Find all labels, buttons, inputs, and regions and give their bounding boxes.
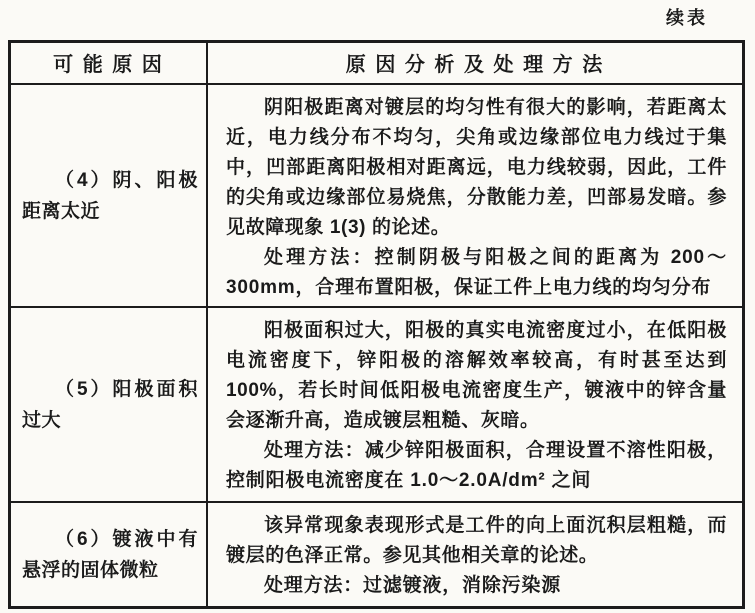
cause-cell: （5）阳极面积过大 [11, 308, 208, 501]
analysis-paragraph: 阴阳极距离对镀层的均匀性有很大的影响，若距离太近，电力线分布不均匀，尖角或边缘部… [226, 93, 727, 243]
header-cell-analysis: 原 因 分 析 及 处 理 方 法 [208, 43, 742, 83]
analysis-body: 阴阳极距离对镀层的均匀性有很大的影响，若距离太近，电力线分布不均匀，尖角或边缘部… [208, 85, 742, 306]
treatment-label: 处理方法： [264, 575, 363, 596]
treatment-paragraph: 处理方法：控制阴极与阳极之间的距离为 200～300mm，合理布置阳极，保证工件… [226, 243, 727, 303]
analysis-paragraph: 该异常现象表现形式是工件的向上面沉积层粗糙，而镀层的色泽正常。参见其他相关章的论… [226, 511, 727, 571]
analysis-cell: 阴阳极距离对镀层的均匀性有很大的影响，若距离太近，电力线分布不均匀，尖角或边缘部… [208, 85, 742, 306]
analysis-body: 阳极面积过大，阳极的真实电流密度过小，在低阳极电流密度下，锌阳极的溶解效率较高，… [208, 308, 742, 500]
table-row-cause-6: （6）镀液中有悬浮的固体微粒 该异常现象表现形式是工件的向上面沉积层粗糙，而镀层… [11, 501, 742, 606]
treatment-paragraph: 处理方法：过滤镀液，消除污染源 [226, 571, 727, 601]
cause-cell: （6）镀液中有悬浮的固体微粒 [11, 503, 208, 606]
cause-text: （5）阳极面积过大 [11, 370, 206, 440]
treatment-text: 过滤镀液，消除污染源 [363, 575, 561, 596]
cause-text: （4）阴、阳极距离太近 [11, 161, 206, 231]
analysis-cell: 阳极面积过大，阳极的真实电流密度过小，在低阳极电流密度下，锌阳极的溶解效率较高，… [208, 308, 742, 501]
cause-cell: （4）阴、阳极距离太近 [11, 85, 208, 306]
table-row-cause-5: （5）阳极面积过大 阳极面积过大，阳极的真实电流密度过小，在低阳极电流密度下，锌… [11, 306, 742, 501]
treatment-label: 处理方法： [264, 440, 365, 461]
table-header-row: 可 能 原 因 原 因 分 析 及 处 理 方 法 [11, 43, 742, 83]
treatment-paragraph: 处理方法：减少锌阳极面积，合理设置不溶性阳极，控制阳极电流密度在 1.0～2.0… [226, 436, 727, 496]
continuation-table-label: 续表 [666, 4, 708, 30]
analysis-cell: 该异常现象表现形式是工件的向上面沉积层粗糙，而镀层的色泽正常。参见其他相关章的论… [208, 503, 742, 606]
treatment-label: 处理方法： [264, 247, 375, 268]
cause-text: （6）镀液中有悬浮的固体微粒 [11, 520, 206, 590]
header-cell-cause: 可 能 原 因 [11, 43, 208, 83]
scanned-page: 续表 可 能 原 因 原 因 分 析 及 处 理 方 法 （4）阴、阳极距离太近… [0, 0, 755, 613]
analysis-paragraph: 阳极面积过大，阳极的真实电流密度过小，在低阳极电流密度下，锌阳极的溶解效率较高，… [226, 316, 727, 436]
cause-analysis-table: 可 能 原 因 原 因 分 析 及 处 理 方 法 （4）阴、阳极距离太近 阴阳… [8, 40, 745, 609]
analysis-body: 该异常现象表现形式是工件的向上面沉积层粗糙，而镀层的色泽正常。参见其他相关章的论… [208, 503, 742, 605]
table-row-cause-4: （4）阴、阳极距离太近 阴阳极距离对镀层的均匀性有很大的影响，若距离太近，电力线… [11, 83, 742, 306]
